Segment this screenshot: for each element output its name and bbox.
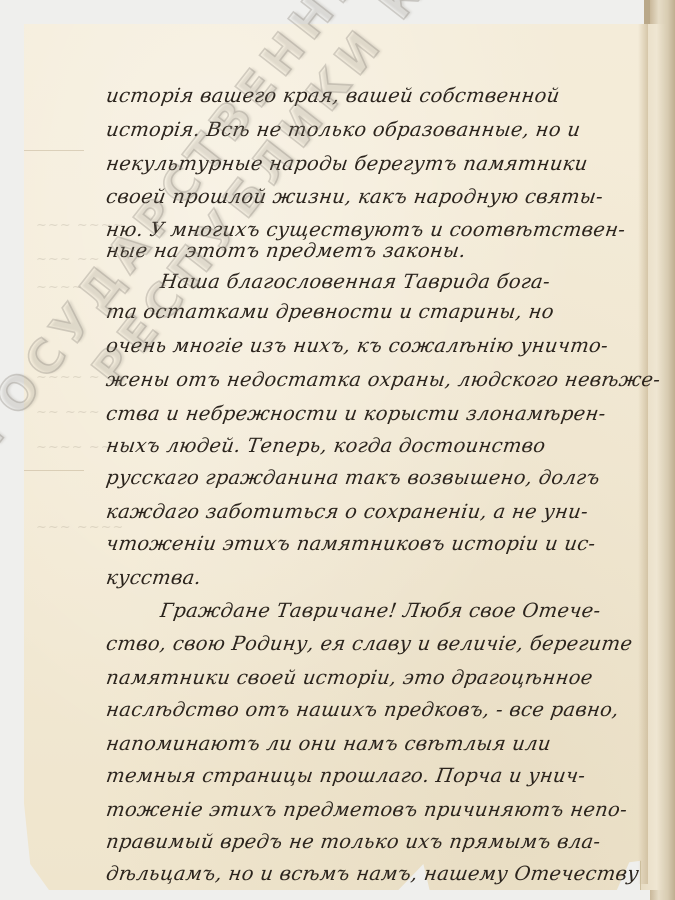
- fold-crease: [24, 470, 84, 471]
- manuscript-line: та остатками древности и старины, но: [104, 296, 664, 328]
- fold-crease: [24, 150, 84, 151]
- scanned-document-scene: ~~~ ~~~~ ~~~ ~~ ~~~~ ~~~~ ~ ~~ ~~~ ~~~~ …: [0, 0, 675, 900]
- manuscript-line: очень многіе изъ нихъ, къ сожалѣнію унич…: [104, 330, 664, 362]
- manuscript-line: ные на этотъ предметъ законы.: [104, 235, 664, 267]
- manuscript-line: исторія вашего края, вашей собственной: [104, 80, 664, 112]
- manuscript-line: правимый вредъ не только ихъ прямымъ вла…: [104, 826, 664, 858]
- manuscript-line: каждаго заботиться о сохраненіи, а не ун…: [104, 496, 664, 528]
- manuscript-line: тоженіе этихъ предметовъ причиняютъ непо…: [104, 794, 664, 826]
- manuscript-line: дѣльцамъ, но и всѣмъ намъ, нашему Отечес…: [104, 858, 664, 890]
- manuscript-line: русскаго гражданина такъ возвышено, долг…: [104, 462, 664, 494]
- manuscript-line: некультурные народы берегутъ памятники: [104, 148, 664, 180]
- bleed-through-text: ~~~~ ~~: [36, 440, 113, 455]
- manuscript-line: Наша благословенная Таврида бога-: [158, 266, 664, 298]
- manuscript-line: темныя страницы прошлаго. Порча и унич-: [104, 760, 664, 792]
- bleed-through-text: ~~~ ~~: [36, 252, 101, 267]
- manuscript-line: чтоженіи этихъ памятниковъ исторіи и ис-: [104, 528, 664, 560]
- bleed-through-text: ~~ ~~~: [36, 405, 101, 420]
- manuscript-line: ныхъ людей. Теперь, когда достоинство: [104, 430, 664, 462]
- manuscript-line: своей прошлой жизни, какъ народную святы…: [104, 181, 664, 213]
- manuscript-line: ства и небрежности и корысти злонамѣрен-: [104, 398, 664, 430]
- bleed-through-text: ~~~~: [36, 280, 84, 295]
- bleed-through-text: ~~~~ ~: [36, 370, 101, 385]
- manuscript-line: ство, свою Родину, ея славу и величіе, б…: [104, 628, 664, 660]
- manuscript-line: жены отъ недостатка охраны, людского нев…: [104, 364, 664, 396]
- manuscript-line: наслѣдство отъ нашихъ предковъ, - все ра…: [104, 694, 664, 726]
- manuscript-line: Граждане Тавричане! Любя свое Отече-: [158, 595, 664, 627]
- manuscript-line: кусства.: [104, 562, 664, 594]
- manuscript-line: исторія. Всѣ не только образованные, но …: [104, 114, 664, 146]
- manuscript-line: напоминаютъ ли они намъ свѣтлыя или: [104, 728, 664, 760]
- manuscript-line: памятники своей исторіи, это драгоцѣнное: [104, 662, 664, 694]
